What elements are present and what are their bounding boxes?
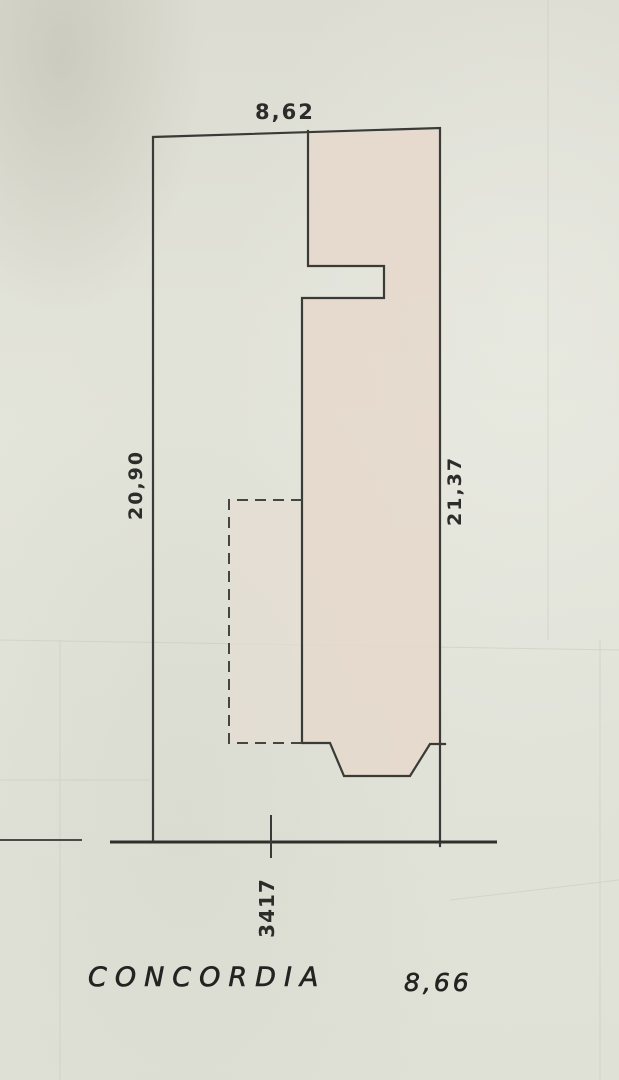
site-plan <box>0 0 619 1080</box>
street-number-label: 3417 <box>255 873 279 943</box>
projected-area-fill <box>229 500 302 743</box>
building-footprint <box>302 129 440 776</box>
street-name-label: CONCORDIA <box>88 962 326 993</box>
left-depth-label: 20,90 <box>125 450 147 520</box>
front-width-label: 8,62 <box>255 100 315 124</box>
drawing-sheet: 8,62 20,90 21,37 3417 CONCORDIA 8,66 <box>0 0 619 1080</box>
street-width-label: 8,66 <box>404 968 472 997</box>
right-depth-label: 21,37 <box>444 456 466 526</box>
